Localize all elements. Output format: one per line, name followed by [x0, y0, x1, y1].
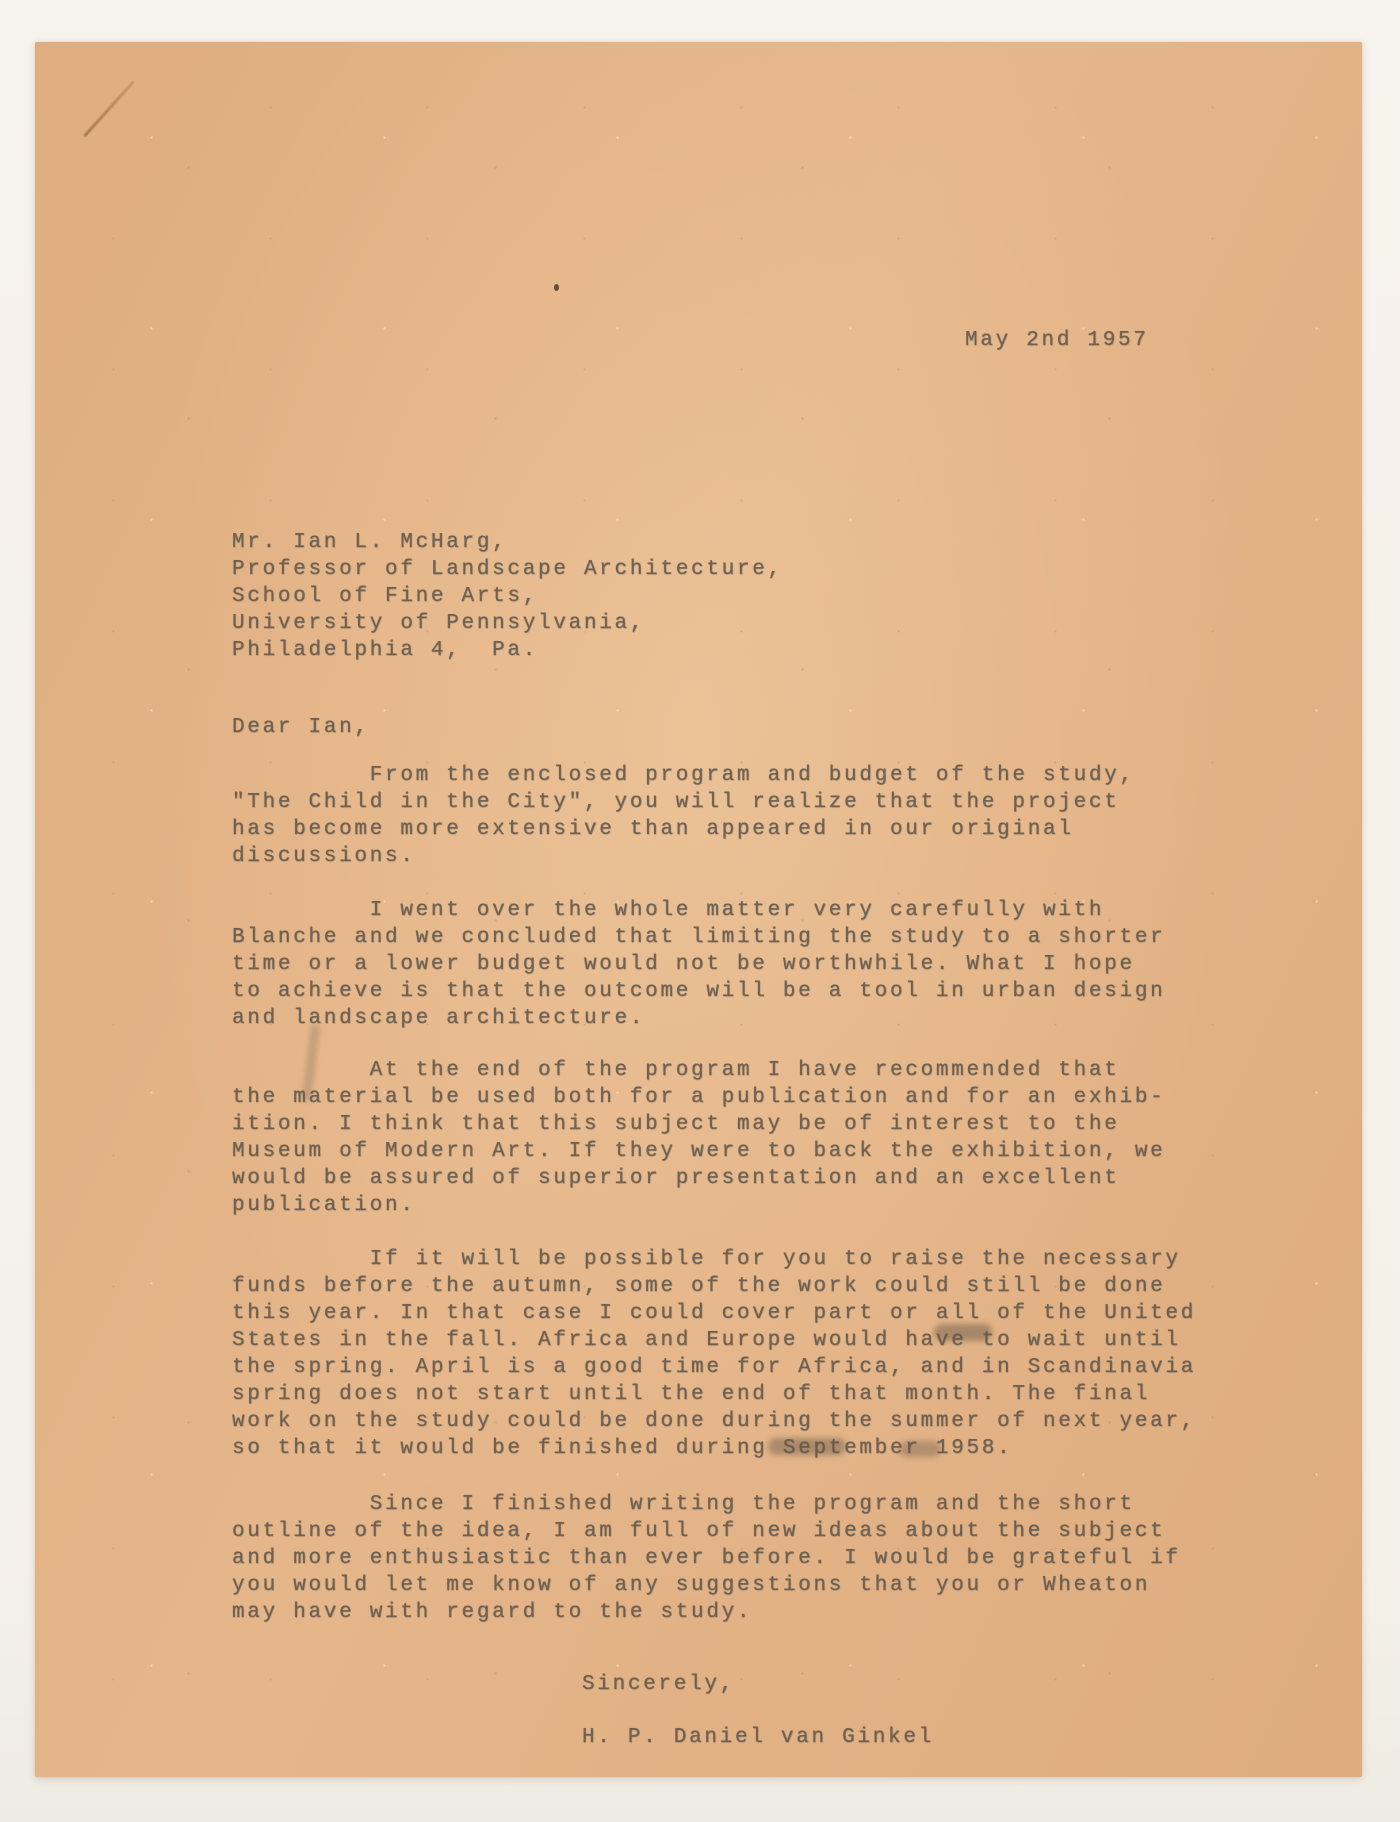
address-line-school: School of Fine Arts, — [232, 583, 783, 610]
signature-name: H. P. Daniel van Ginkel — [582, 1724, 934, 1751]
paragraph-3: At the end of the program I have recomme… — [232, 1057, 1165, 1219]
salutation: Dear Ian, — [232, 714, 370, 741]
scan-background: May 2nd 1957 Mr. Ian L. McHarg,Professor… — [0, 0, 1400, 1822]
ink-speck — [554, 284, 559, 291]
address-line-title: Professor of Landscape Architecture, — [232, 556, 783, 583]
paragraph-4: If it will be possible for you to raise … — [232, 1246, 1196, 1462]
address-line-city: Philadelphia 4, Pa. — [232, 637, 783, 664]
letter-date: May 2nd 1957 — [965, 327, 1149, 354]
paragraph-2: I went over the whole matter very carefu… — [232, 897, 1165, 1032]
address-line-name: Mr. Ian L. McHarg, — [232, 529, 783, 556]
address-line-university: University of Pennsylvania, — [232, 610, 783, 637]
paragraph-1: From the enclosed program and budget of … — [232, 762, 1135, 870]
closing: Sincerely, — [582, 1671, 735, 1698]
paragraph-5: Since I finished writing the program and… — [232, 1491, 1181, 1626]
recipient-address: Mr. Ian L. McHarg,Professor of Landscape… — [232, 529, 783, 664]
scratch-mark — [83, 80, 134, 137]
letter-page: May 2nd 1957 Mr. Ian L. McHarg,Professor… — [35, 42, 1362, 1777]
